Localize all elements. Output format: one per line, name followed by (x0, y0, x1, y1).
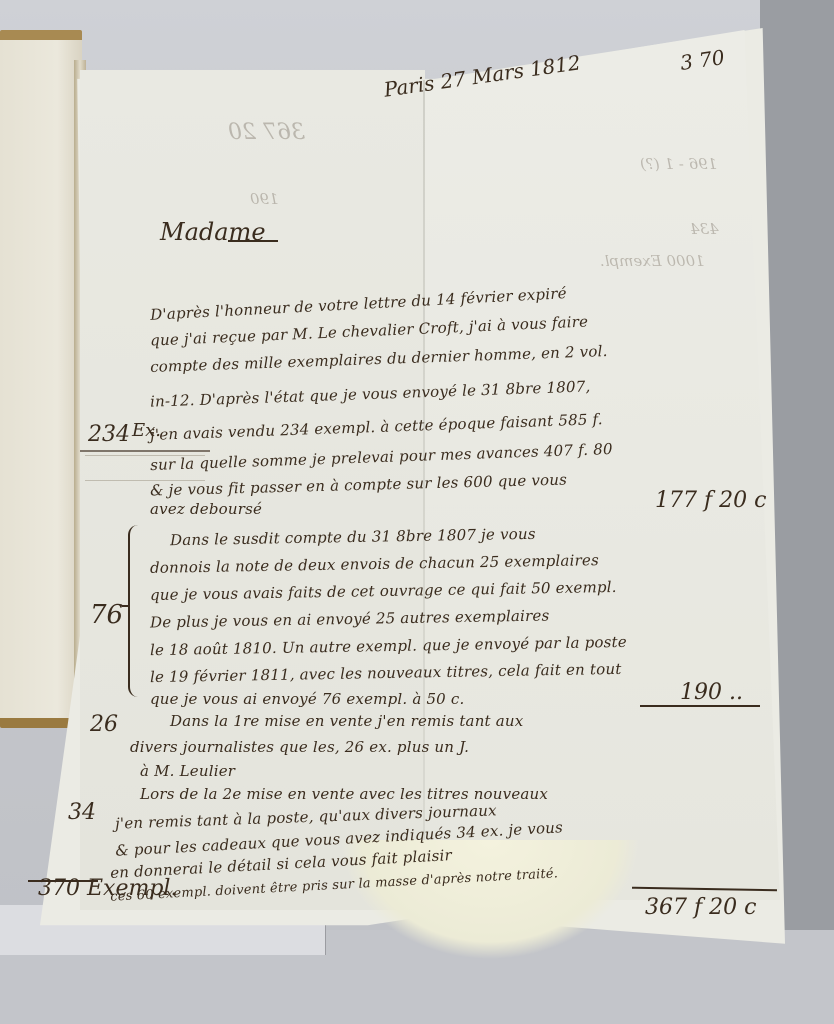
letter-line: divers journalistes que les, 26 ex. plus… (130, 738, 469, 756)
margin-figure-34: 34 (68, 800, 96, 825)
bleed-through-number: 367 20 (228, 120, 305, 145)
margin-rule (80, 450, 210, 452)
bleed-note: 434 (690, 220, 719, 238)
bleed-note: 196 - 1 (?) (640, 155, 717, 173)
total-367-20: 367 f 20 c (645, 895, 756, 920)
salutation: Madame (160, 218, 266, 246)
letter-line: Dans la 1re mise en vente j'en remis tan… (170, 712, 523, 730)
letter-line: à M. Leulier (140, 762, 235, 780)
bracket-brace (128, 525, 144, 697)
margin-figure-234-label: Ex. (132, 420, 161, 441)
letter-line: avez deboursé (150, 500, 262, 518)
amount-underline (640, 705, 760, 707)
margin-figure-234: 234 (88, 422, 130, 447)
letter-line: que je vous ai envoyé 76 exempl. à 50 c. (150, 690, 464, 708)
letter-right-page (425, 30, 780, 900)
amount-190: 190 .. (680, 680, 743, 705)
margin-figure-26: 26 (90, 712, 118, 737)
bleed-note: 190 (250, 190, 279, 208)
margin-figure-76: 76 (90, 600, 123, 630)
amount-177-20: 177 f 20 c (655, 488, 766, 513)
letter-line: Lors de la 2e mise en vente avec les tit… (140, 785, 548, 803)
book-left-cover (0, 30, 82, 728)
salutation-underline (228, 240, 278, 242)
tally-370: 370 Exempl. (38, 876, 177, 901)
photo-scene: Paris 27 Mars 1812 3 70 367 20 Madame 19… (0, 0, 834, 1024)
bleed-note: 1000 Exempl. (600, 252, 705, 270)
